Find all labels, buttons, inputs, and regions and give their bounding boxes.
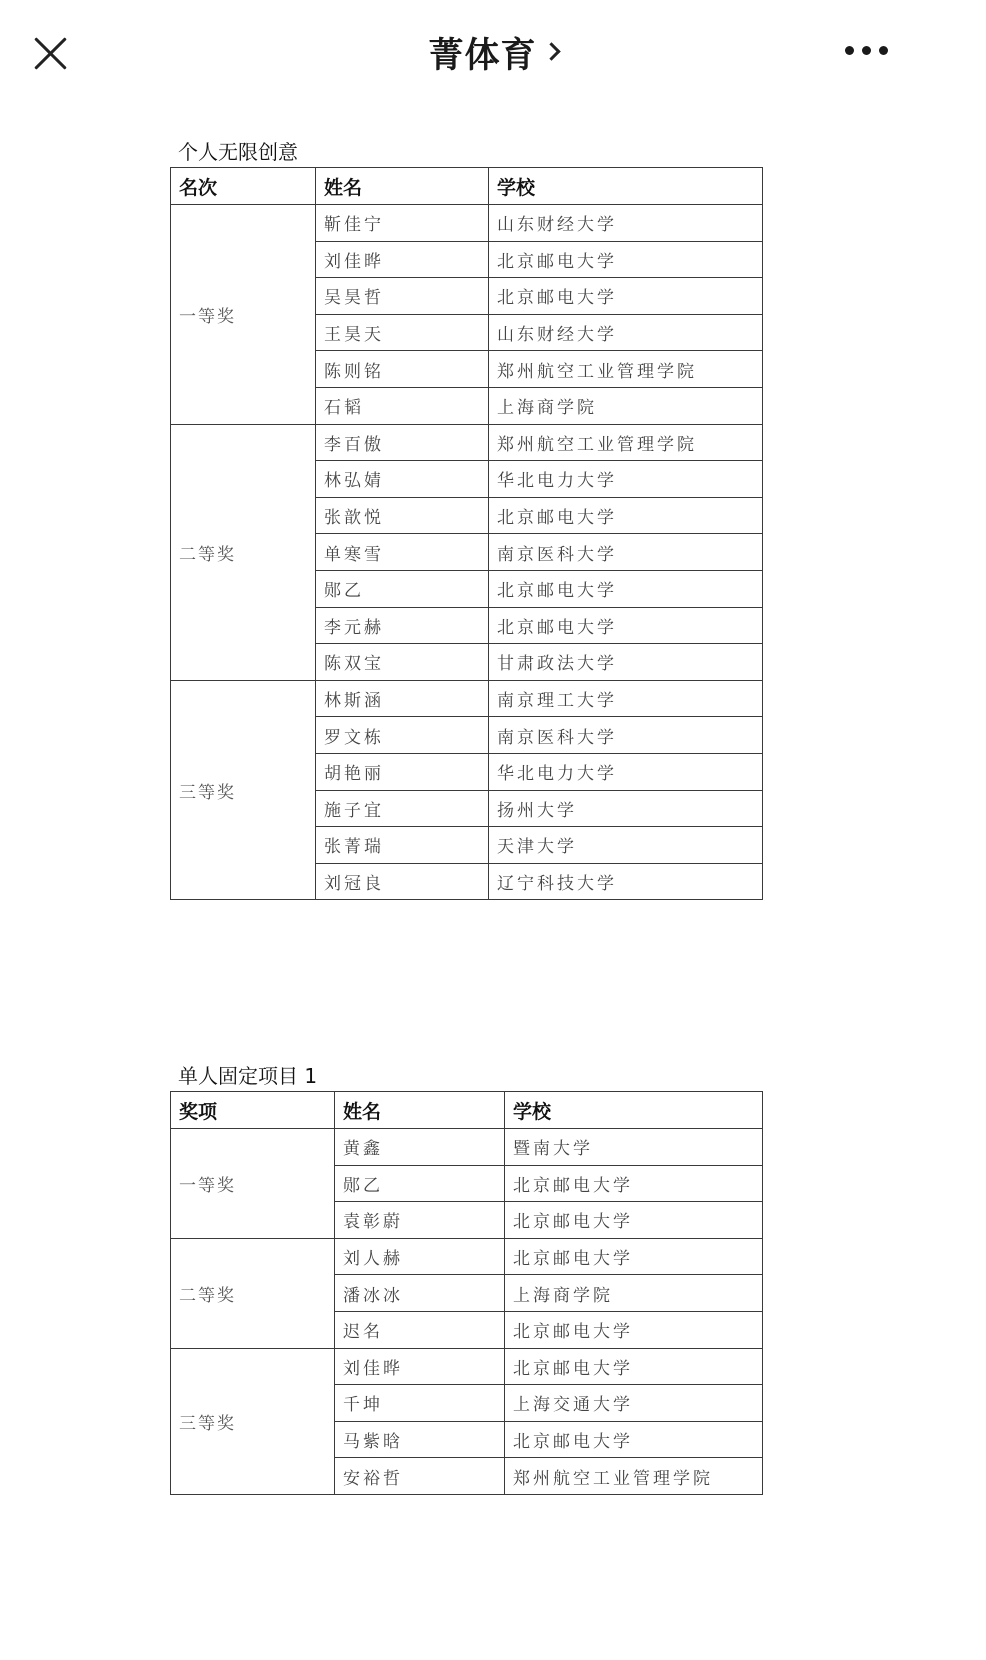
school-cell: 北京邮电大学 — [489, 607, 763, 644]
table-row: 一等奖靳佳宁山东财经大学 — [171, 205, 763, 242]
table-row: 一等奖黄鑫暨南大学 — [171, 1129, 763, 1166]
school-cell: 山东财经大学 — [489, 314, 763, 351]
school-cell: 扬州大学 — [489, 790, 763, 827]
winner-name-cell: 林斯涵 — [316, 680, 489, 717]
winner-name-cell: 千坤 — [335, 1385, 505, 1422]
winner-name-cell: 林弘婧 — [316, 461, 489, 498]
winner-name-cell: 安裕哲 — [335, 1458, 505, 1495]
table-row: 二等奖李百傲郑州航空工业管理学院 — [171, 424, 763, 461]
school-cell: 天津大学 — [489, 827, 763, 864]
winner-name-cell: 刘佳晔 — [316, 241, 489, 278]
school-cell: 北京邮电大学 — [505, 1202, 763, 1239]
table-row: 二等奖刘人赫北京邮电大学 — [171, 1238, 763, 1275]
section-title-single-fixed-1: 单人固定项目 1 — [178, 1060, 317, 1089]
school-cell: 北京邮电大学 — [505, 1311, 763, 1348]
winner-name-cell: 刘佳晔 — [335, 1348, 505, 1385]
school-cell: 北京邮电大学 — [489, 278, 763, 315]
school-cell: 山东财经大学 — [489, 205, 763, 242]
table-row: 三等奖刘佳晔北京邮电大学 — [171, 1348, 763, 1385]
winner-name-cell: 潘冰冰 — [335, 1275, 505, 1312]
winner-name-cell: 张菁瑞 — [316, 827, 489, 864]
school-cell: 北京邮电大学 — [505, 1165, 763, 1202]
top-navigation-bar: 菁体育 — [0, 0, 986, 104]
award-rank-cell: 二等奖 — [171, 424, 316, 680]
award-rank-cell: 一等奖 — [171, 1129, 335, 1239]
winner-name-cell: 马紫晗 — [335, 1421, 505, 1458]
winner-name-cell: 张歆悦 — [316, 497, 489, 534]
award-rank-cell: 一等奖 — [171, 205, 316, 425]
winner-name-cell: 郧乙 — [335, 1165, 505, 1202]
winner-name-cell: 陈双宝 — [316, 644, 489, 681]
school-cell: 南京医科大学 — [489, 534, 763, 571]
table-row: 三等奖林斯涵南京理工大学 — [171, 680, 763, 717]
winner-name-cell: 靳佳宁 — [316, 205, 489, 242]
winner-name-cell: 吴昊哲 — [316, 278, 489, 315]
winner-name-cell: 罗文栋 — [316, 717, 489, 754]
award-rank-cell: 三等奖 — [171, 680, 316, 900]
school-cell: 郑州航空工业管理学院 — [489, 351, 763, 388]
winner-name-cell: 刘冠良 — [316, 863, 489, 900]
school-cell: 郑州航空工业管理学院 — [505, 1458, 763, 1495]
winner-name-cell: 胡艳丽 — [316, 753, 489, 790]
winner-name-cell: 刘人赫 — [335, 1238, 505, 1275]
column-header-name: 姓名 — [316, 168, 489, 205]
column-header-school: 学校 — [505, 1092, 763, 1129]
school-cell: 南京医科大学 — [489, 717, 763, 754]
school-cell: 北京邮电大学 — [489, 497, 763, 534]
school-cell: 甘肃政法大学 — [489, 644, 763, 681]
column-header-rank: 奖项 — [171, 1092, 335, 1129]
school-cell: 暨南大学 — [505, 1129, 763, 1166]
school-cell: 北京邮电大学 — [489, 570, 763, 607]
school-cell: 北京邮电大学 — [505, 1348, 763, 1385]
winner-name-cell: 陈则铭 — [316, 351, 489, 388]
column-header-name: 姓名 — [335, 1092, 505, 1129]
school-cell: 北京邮电大学 — [505, 1238, 763, 1275]
school-cell: 上海交通大学 — [505, 1385, 763, 1422]
results-table-individual-creative: 名次姓名学校一等奖靳佳宁山东财经大学刘佳晔北京邮电大学吴昊哲北京邮电大学王昊天山… — [170, 167, 763, 900]
winner-name-cell: 施子宜 — [316, 790, 489, 827]
school-cell: 北京邮电大学 — [489, 241, 763, 278]
table-header-row: 名次姓名学校 — [171, 168, 763, 205]
winner-name-cell: 黄鑫 — [335, 1129, 505, 1166]
school-cell: 辽宁科技大学 — [489, 863, 763, 900]
account-title: 菁体育 — [428, 36, 536, 76]
chevron-right-icon — [542, 42, 560, 60]
winner-name-cell: 李百傲 — [316, 424, 489, 461]
award-rank-cell: 二等奖 — [171, 1238, 335, 1348]
winner-name-cell: 迟名 — [335, 1311, 505, 1348]
winner-name-cell: 李元赫 — [316, 607, 489, 644]
school-cell: 上海商学院 — [489, 387, 763, 424]
section-title-individual-creative: 个人无限创意 — [178, 136, 298, 165]
winner-name-cell: 石韬 — [316, 387, 489, 424]
school-cell: 郑州航空工业管理学院 — [489, 424, 763, 461]
school-cell: 华北电力大学 — [489, 753, 763, 790]
table-header-row: 奖项姓名学校 — [171, 1092, 763, 1129]
more-icon[interactable] — [845, 46, 888, 58]
award-rank-cell: 三等奖 — [171, 1348, 335, 1494]
winner-name-cell: 郧乙 — [316, 570, 489, 607]
account-title-link[interactable]: 菁体育 — [0, 28, 986, 78]
winner-name-cell: 单寒雪 — [316, 534, 489, 571]
school-cell: 北京邮电大学 — [505, 1421, 763, 1458]
column-header-rank: 名次 — [171, 168, 316, 205]
school-cell: 南京理工大学 — [489, 680, 763, 717]
school-cell: 华北电力大学 — [489, 461, 763, 498]
winner-name-cell: 王昊天 — [316, 314, 489, 351]
winner-name-cell: 袁彰蔚 — [335, 1202, 505, 1239]
results-table-single-fixed-1: 奖项姓名学校一等奖黄鑫暨南大学郧乙北京邮电大学袁彰蔚北京邮电大学二等奖刘人赫北京… — [170, 1091, 763, 1495]
school-cell: 上海商学院 — [505, 1275, 763, 1312]
column-header-school: 学校 — [489, 168, 763, 205]
